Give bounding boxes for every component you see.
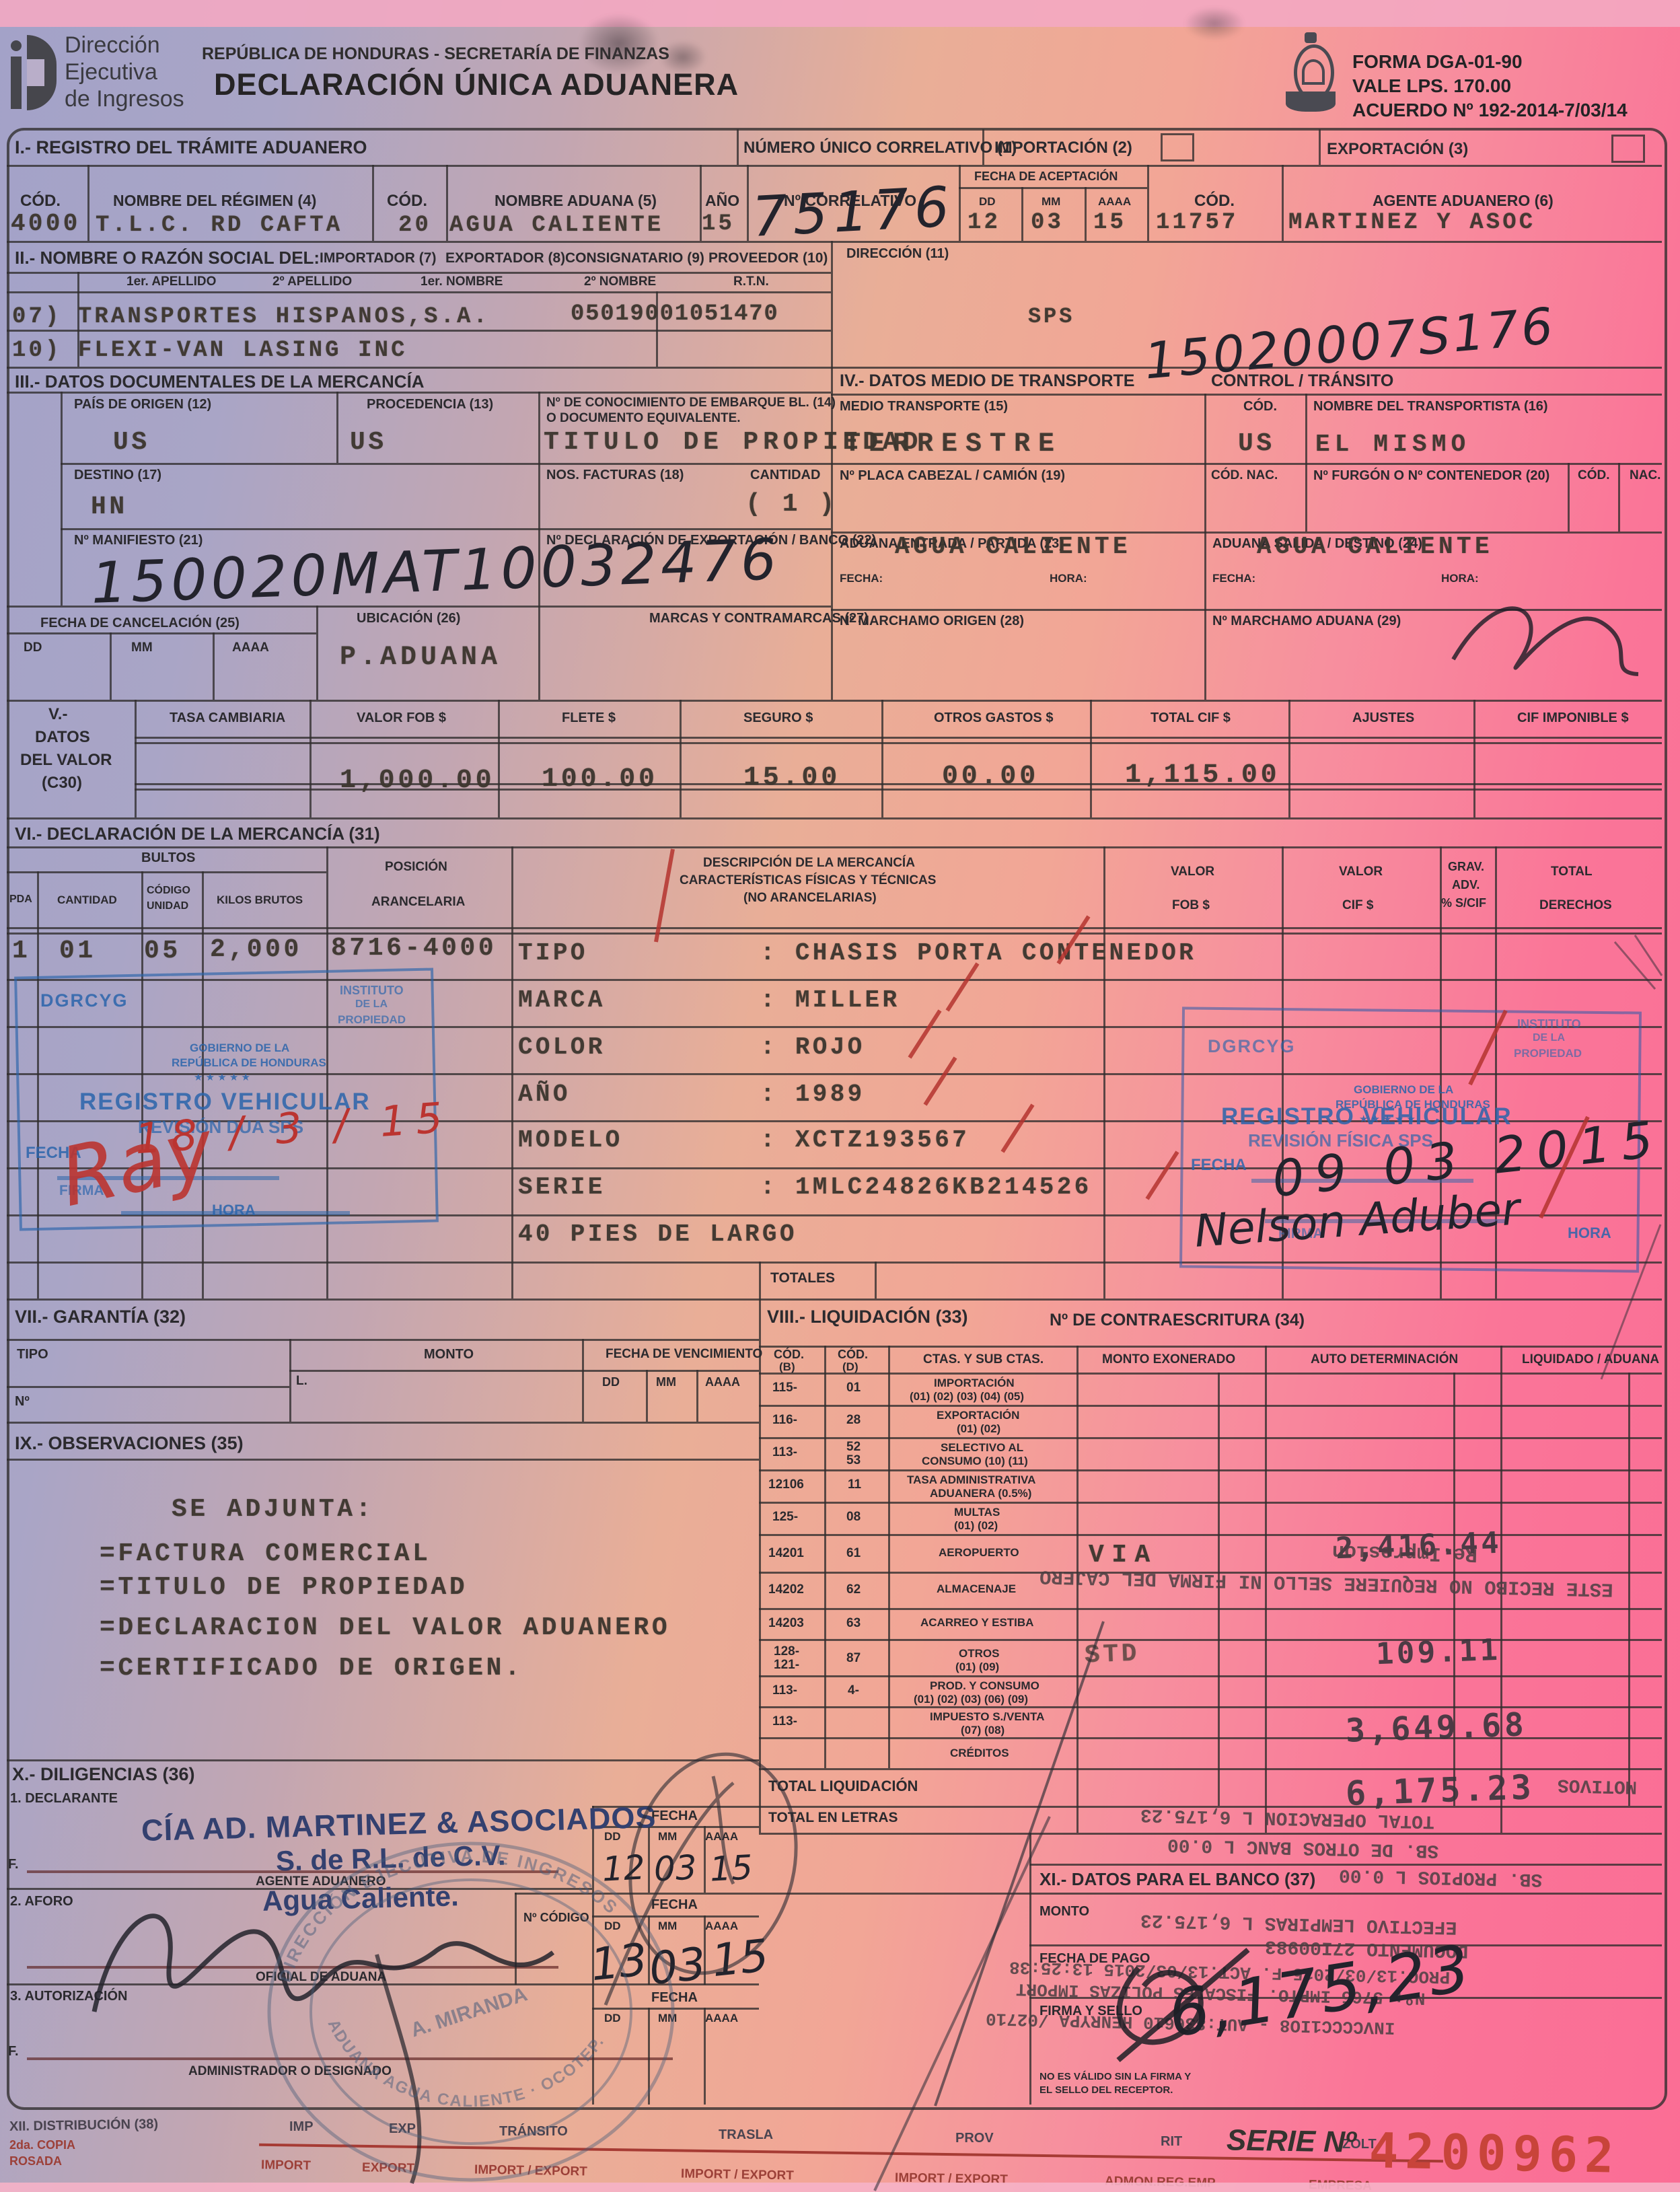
pais-origen-label: PAÍS DE ORIGEN (12) <box>74 397 211 412</box>
aaaa-label: AAAA <box>705 2012 738 2025</box>
rule <box>1076 1346 1079 1833</box>
rule <box>27 2057 673 2060</box>
destino-label: DESTINO (17) <box>74 468 161 483</box>
dd-label: DD <box>602 1375 620 1389</box>
rule <box>7 1759 759 1761</box>
rule <box>582 1339 584 1422</box>
liq-row-d: 11 <box>848 1477 861 1492</box>
declarante-label: 1. DECLARANTE <box>10 1791 118 1806</box>
rule <box>737 129 739 165</box>
liq-row-l1: ACARREO Y ESTIBA <box>920 1616 1033 1630</box>
dd-label: DD <box>604 2012 621 2025</box>
proveedor-line: 10) FLEXI-VAN LASING INC <box>12 338 408 363</box>
monto-label: MONTO <box>424 1347 474 1362</box>
correlativo-handwritten: 75176 <box>751 175 956 250</box>
cod-label-2: CÓD. <box>1578 468 1610 483</box>
observaciones-line-4: =CERTIFICADO DE ORIGEN. <box>100 1654 523 1683</box>
stampR-agency: DGRCYG <box>1208 1036 1296 1057</box>
rule <box>759 1373 1662 1375</box>
stampL-stars: ★ ★ ★ ★ ★ <box>194 1071 250 1083</box>
col-cif-imponible: CIF IMPONIBLE $ <box>1517 710 1629 726</box>
coat-of-arms-icon <box>1282 32 1340 121</box>
rule <box>372 165 374 241</box>
liq-row-l2: (01) (09) <box>955 1660 999 1674</box>
rule <box>7 1299 1662 1301</box>
administrador-label: ADMINISTRADOR O DESIGNADO <box>188 2064 392 2079</box>
section4-title: IV.- DATOS MEDIO DE TRANSPORTE <box>840 371 1134 391</box>
smudge <box>579 13 659 74</box>
bl-label-1: Nº DE CONOCIMIENTO DE EMBARQUE BL. (14) <box>546 396 836 410</box>
rule <box>7 165 1662 167</box>
dist-import-export-1: IMPORT / EXPORT <box>474 2163 587 2180</box>
desc-key-1: MARCA <box>518 986 606 1014</box>
fecha-label: FECHA: <box>840 572 883 585</box>
liq-row-l2: CONSUMO (10) (11) <box>922 1455 1028 1468</box>
monto-banco-label: MONTO <box>1039 1904 1089 1920</box>
liq-row-l1: ALMACENAJE <box>937 1582 1016 1596</box>
rule <box>831 463 1662 465</box>
liq-row-l2: (01) (02) (03) (06) (09) <box>914 1693 1028 1706</box>
section5-title-2: DATOS <box>35 728 90 747</box>
liq-row-d: 28 <box>846 1413 861 1428</box>
destino-value: HN <box>91 492 128 521</box>
aduana-cod-value: 20 <box>398 213 431 238</box>
smudge <box>659 40 706 74</box>
rule <box>759 1675 1662 1677</box>
rtn-value: 05019001051470 <box>571 301 778 327</box>
rule <box>1147 165 1149 241</box>
desc-val-1: : MILLER <box>760 986 900 1014</box>
rule <box>498 700 500 817</box>
rule <box>592 1915 759 1917</box>
marchamo-aduana-label: Nº MARCHAMO ADUANA (29) <box>1212 614 1401 629</box>
fecha-label: FECHA: <box>1212 572 1255 585</box>
stampL-gob1: GOBIERNO DE LA <box>190 1042 289 1055</box>
stampR-inst1: INSTITUTO <box>1517 1017 1581 1031</box>
liq-row-b2: 121- <box>774 1658 799 1673</box>
rule <box>7 1386 289 1388</box>
dist-empresa: EMPRESA <box>1309 2178 1372 2192</box>
col-valor-fob: VALOR FOB $ <box>357 710 446 726</box>
col-flete: FLETE $ <box>562 710 616 726</box>
rule <box>1288 700 1290 817</box>
rule <box>1090 700 1092 817</box>
marcas-label: MARCAS Y CONTRAMARCAS (27) <box>649 611 869 626</box>
rule <box>759 1405 1662 1407</box>
liq-row-d: 4- <box>848 1683 859 1698</box>
form-acuerdo: ACUERDO Nº 192-2014-7/03/14 <box>1352 100 1628 121</box>
fecha-declarante-label: FECHA <box>651 1809 698 1824</box>
aduana-value: AGUA CALIENTE <box>449 213 663 238</box>
col-otros-gastos: OTROS GASTOS $ <box>934 710 1053 726</box>
fecha-mm-value: 03 <box>1031 210 1064 235</box>
section7-title: VII.- GARANTÍA (32) <box>15 1307 186 1327</box>
kilos-header: KILOS BRUTOS <box>217 893 303 907</box>
col-total-cif: TOTAL CIF $ <box>1151 710 1231 726</box>
rule <box>135 742 1662 744</box>
liq-row-l1: EXPORTACIÓN <box>937 1409 1019 1422</box>
aaaa-label: AAAA <box>705 1375 740 1389</box>
valor-fob-header-2: FOB $ <box>1172 898 1210 913</box>
rule <box>824 1346 826 1768</box>
medio-transporte-value: TERRESTRE <box>844 429 1062 460</box>
bultos-header: BULTOS <box>141 850 195 866</box>
agente-value: MARTINEZ Y ASOC <box>1288 210 1535 235</box>
apellido1-label: 1er. APELLIDO <box>126 275 216 289</box>
liq-row-l1: OTROS <box>959 1647 999 1660</box>
stampL-inst3: PROPIEDAD <box>338 1013 406 1027</box>
section1-title: I.- REGISTRO DEL TRÁMITE ADUANERO <box>15 137 367 158</box>
form-title-line2: DECLARACIÓN ÚNICA ADUANERA <box>214 67 739 102</box>
rule <box>61 463 831 465</box>
liq-row-d: 61 <box>846 1546 861 1561</box>
aduana-entrada-value: AGUA CALIENTE <box>895 533 1131 560</box>
regimen-cod-value: 4000 <box>11 210 81 238</box>
desc-val-0: : CHASIS PORTA CONTENEDOR <box>760 939 1196 967</box>
lempiras-label: L. <box>296 1374 307 1389</box>
dist-trasla: TRASLA <box>719 2127 773 2143</box>
descripcion-header-2: CARACTERÍSTICAS FÍSICAS Y TÉCNICAS <box>680 873 936 888</box>
dd-label: DD <box>24 641 42 655</box>
no-valido-note-2: EL SELLO DEL RECEPTOR. <box>1039 2084 1173 2096</box>
regimen-label: NOMBRE DEL RÉGIMEN (4) <box>113 192 316 210</box>
liq-row-b: 113- <box>772 1683 797 1698</box>
rule <box>759 1437 1662 1439</box>
rule <box>27 1966 558 1969</box>
section5-title-3: DEL VALOR <box>20 751 112 770</box>
section5-title-1: V.- <box>48 705 67 724</box>
rule <box>309 700 312 817</box>
col-ajustes: AJUSTES <box>1352 710 1414 726</box>
stampL-agency: DGRCYG <box>40 990 129 1011</box>
stampR-main: REGISTRO VEHICULAR <box>1221 1103 1512 1130</box>
codb-sub: (B) <box>779 1360 795 1374</box>
rule <box>648 1826 650 1893</box>
rule <box>7 846 1662 848</box>
liq-row-d: 87 <box>846 1651 861 1666</box>
dd-label: DD <box>604 1920 621 1933</box>
rule <box>1473 700 1475 817</box>
mm-label: MM <box>658 1920 677 1933</box>
descripcion-header-1: DESCRIPCIÓN DE LA MERCANCÍA <box>703 856 915 871</box>
liq-row-b: 12106 <box>768 1477 804 1492</box>
rule <box>7 291 831 293</box>
codb-header: CÓD. <box>774 1348 804 1362</box>
rule <box>759 1639 1662 1641</box>
rule <box>1568 463 1570 532</box>
rule <box>759 1502 1662 1504</box>
rule <box>747 165 749 241</box>
grav-header-3: % S/CIF <box>1441 896 1486 910</box>
no-garantia-label: Nº <box>15 1394 30 1410</box>
hora-label: HORA: <box>1050 572 1087 585</box>
aduana-salida-value: AGUA CALIENTE <box>1257 533 1493 560</box>
tipo-label: TIPO <box>17 1347 48 1362</box>
medio-transporte-label: MEDIO TRANSPORTE (15) <box>840 399 1008 414</box>
importador-line: 07) TRANSPORTES HISPANOS,S.A. <box>12 304 490 330</box>
dd-label: DD <box>979 195 996 209</box>
cantidad-header: CANTIDAD <box>57 893 117 907</box>
cod-label: CÓD. <box>1243 399 1277 414</box>
otros-gastos-value: 00.00 <box>942 762 1039 792</box>
importador-label: IMPORTADOR (7) <box>320 250 436 266</box>
org-name-line3: de Ingresos <box>65 86 184 112</box>
liq-row-b: 14201 <box>768 1546 804 1561</box>
desc-key-0: TIPO <box>518 939 588 967</box>
rule <box>592 2008 759 2010</box>
rule <box>289 1339 291 1422</box>
liq-row-l1: TASA ADMINISTRATIVA <box>907 1473 1035 1487</box>
section2-title: II.- NOMBRE O RAZÓN SOCIAL DEL: <box>15 248 320 268</box>
furgon-label: Nº FURGÓN O Nº CONTENEDOR (20) <box>1313 468 1549 484</box>
codigo-unidad-header-1: CÓDIGO <box>147 885 190 897</box>
section10-title: X.- DILIGENCIAS (36) <box>12 1764 195 1785</box>
fecha-dd-value: 12 <box>967 210 1000 235</box>
codd-sub: (D) <box>842 1360 859 1374</box>
row-codigo: 05 <box>144 937 181 965</box>
manifiesto-label: Nº MANIFIESTO (21) <box>74 533 203 548</box>
autodeterminacion-header: AUTO DETERMINACIÓN <box>1311 1352 1458 1367</box>
liq-row-d: 63 <box>846 1616 861 1631</box>
ano-label: AÑO <box>705 192 739 210</box>
fecha-declarante-aaaa: 15 <box>709 1848 754 1889</box>
aaaa-label: AAAA <box>232 641 269 655</box>
row-pda: 1 <box>12 937 30 965</box>
rule <box>336 392 338 463</box>
serie-number: 4200962 <box>1368 2122 1621 2184</box>
aaaa-label: AAAA <box>705 1920 738 1933</box>
valor-cif-header-1: VALOR <box>1339 865 1383 879</box>
dist-transito: TRÁNSITO <box>499 2124 568 2140</box>
transportista-label: NOMBRE DEL TRANSPORTISTA (16) <box>1313 399 1548 414</box>
liq-row-l2: (01) (02) (03) (04) (05) <box>910 1390 1024 1403</box>
importacion-label: IMPORTACIÓN (2) <box>994 139 1132 157</box>
liq-row-b: 14202 <box>768 1582 804 1597</box>
serie-label: SERIE Nº <box>1227 2123 1356 2159</box>
rule <box>7 1459 759 1461</box>
observaciones-line-2: =TITULO DE PROPIEDAD <box>100 1573 468 1602</box>
rule <box>759 1534 1662 1536</box>
fecha-aaaa-value: 15 <box>1093 210 1126 235</box>
scanned-customs-declaration: Dirección Ejecutiva de Ingresos REPÚBLIC… <box>0 0 1680 2192</box>
autorizacion-label: 3. AUTORIZACIÓN <box>10 1989 127 2004</box>
rule <box>289 1370 759 1372</box>
mm-label: MM <box>131 641 153 655</box>
cantidad-label: CANTIDAD <box>750 468 820 483</box>
rule <box>7 700 1662 702</box>
rule <box>875 1262 877 1299</box>
rule <box>1085 187 1087 241</box>
rule <box>213 632 215 700</box>
aaaa-label: AAAA <box>1098 195 1131 209</box>
contraescritura-label: Nº DE CONTRAESCRITURA (34) <box>1050 1311 1305 1330</box>
fecha-aforo-mm: 03 <box>647 1938 708 1995</box>
liq-row-l1: AEROPUERTO <box>939 1546 1019 1560</box>
agente-stamp-line2: S. de R.L. de C.V. <box>275 1839 506 1878</box>
mm-label: MM <box>658 2012 677 2025</box>
cod-nac-label: CÓD. NAC. <box>1211 468 1278 483</box>
liq-total-label: TOTAL LIQUIDACIÓN <box>768 1778 918 1795</box>
nombre1-label: 1er. NOMBRE <box>421 275 503 289</box>
fecha-declarante-dd: 12 <box>601 1848 647 1889</box>
liq-auto-impuesto: 3,649.68 <box>1345 1706 1527 1749</box>
rule <box>515 1893 1662 1895</box>
rule <box>87 165 89 241</box>
desc-key-4: MODELO <box>518 1126 623 1154</box>
rule <box>959 165 961 241</box>
rule <box>7 871 326 873</box>
hora-label: HORA: <box>1441 572 1479 585</box>
desc-key-2: COLOR <box>518 1033 606 1061</box>
aforo-label: 2. AFORO <box>10 1894 73 1909</box>
org-name-line2: Ejecutiva <box>65 59 157 85</box>
cod-agente-label: CÓD. <box>1194 192 1235 211</box>
marchamo-origen-label: Nº MARCHAMO ORIGEN (28) <box>840 614 1024 629</box>
apellido2-label: 2º APELLIDO <box>272 275 352 289</box>
exportacion-label: EXPORTACIÓN (3) <box>1327 140 1468 159</box>
total-derechos-header-1: TOTAL <box>1551 865 1593 879</box>
liquidado-header: LIQUIDADO / ADUANA <box>1522 1352 1659 1367</box>
liq-row-l2: (01) (02) <box>954 1519 998 1533</box>
regimen-value: T.L.C. RD CAFTA <box>96 213 342 238</box>
ctas-header: CTAS. Y SUB CTAS. <box>923 1352 1044 1367</box>
mm-label: MM <box>656 1375 676 1389</box>
ano-value: 15 <box>702 211 735 237</box>
rule <box>446 165 448 241</box>
direccion-label: DIRECCIÓN (11) <box>846 246 949 262</box>
observaciones-line-3: =DECLARACION DEL VALOR ADUANERO <box>100 1613 670 1642</box>
aduana-label: NOMBRE ADUANA (5) <box>495 192 657 210</box>
exonerado-header: MONTO EXONERADO <box>1102 1352 1235 1367</box>
rule <box>888 1346 890 1768</box>
nombre2-label: 2º NOMBRE <box>584 275 656 289</box>
stampR-hora: HORA <box>1568 1225 1611 1242</box>
codigo-unidad-header-2: UNIDAD <box>147 900 188 912</box>
desc-key-3: AÑO <box>518 1081 571 1108</box>
stampR-gob1: GOBIERNO DE LA <box>1354 1083 1453 1097</box>
rule <box>110 632 112 700</box>
liq-row-d: 08 <box>846 1510 861 1525</box>
posicion-header-1: POSICIÓN <box>385 860 447 875</box>
proveedor-label: PROVEEDOR (10) <box>708 250 828 266</box>
rule <box>759 1608 1662 1610</box>
liq-row-b: 14203 <box>768 1616 804 1631</box>
rule <box>7 1422 759 1424</box>
liq-row-l1: SELECTIVO AL <box>941 1441 1023 1455</box>
liq-row-d: 62 <box>846 1582 861 1597</box>
rule <box>881 700 883 817</box>
importacion-checkbox <box>1161 133 1194 161</box>
grav-header-2: ADV. <box>1452 878 1480 892</box>
cod-aduana-label: CÓD. <box>387 192 427 211</box>
rule <box>511 846 513 1299</box>
desc-val-2: : ROJO <box>760 1033 865 1061</box>
totales-label: TOTALES <box>770 1270 835 1286</box>
rule <box>646 1370 648 1422</box>
liq-row-l1: CRÉDITOS <box>950 1747 1009 1760</box>
cod-regimen-label: CÓD. <box>20 192 61 211</box>
transportista-cod-value: US <box>1238 429 1275 458</box>
rule <box>1319 129 1321 165</box>
dist-import: IMPORT <box>261 2158 311 2173</box>
row-posicion: 8716-4000 <box>331 934 497 963</box>
rule <box>759 1346 1662 1348</box>
mm-label: MM <box>658 1830 677 1843</box>
liq-row-l2: (01) (02) <box>957 1422 1000 1436</box>
form-number: FORMA DGA-01-90 <box>1352 51 1523 73</box>
f-label-autorizacion: F. <box>8 2044 19 2059</box>
ubicacion-value: P.ADUANA <box>340 643 501 673</box>
stampL-inst1: INSTITUTO <box>340 984 404 998</box>
smudge <box>1184 7 1245 40</box>
dist-export: EXPORT <box>362 2160 414 2176</box>
fecha-aforo-dd: 13 <box>588 1934 650 1991</box>
liq-total-value: 6,175.23 <box>1345 1767 1535 1813</box>
procedencia-value: US <box>350 428 387 457</box>
stampR-inst3: PROPIEDAD <box>1514 1047 1582 1060</box>
stampL-gob2: REPÚBLICA DE HONDURAS <box>172 1056 326 1070</box>
desc-key-5: SERIE <box>518 1173 606 1201</box>
valor-fob-header-1: VALOR <box>1171 865 1214 879</box>
ubicacion-label: UBICACIÓN (26) <box>357 611 460 626</box>
liq-row-d2: 53 <box>846 1453 861 1468</box>
rule <box>7 272 831 274</box>
col-tasa-cambiaria: TASA CAMBIARIA <box>170 710 285 726</box>
rule <box>648 2008 650 2105</box>
exportacion-checkbox <box>1611 135 1645 163</box>
row-kilos: 2,000 <box>210 935 302 964</box>
fecha-cancelacion-label: FECHA DE CANCELACIÓN (25) <box>40 616 240 631</box>
copia-label-2: ROSADA <box>9 2154 62 2168</box>
descripcion-header-3: (NO ARANCELARIAS) <box>743 891 877 906</box>
section5-title-4: (C30) <box>42 774 82 793</box>
rule <box>7 330 831 332</box>
rule <box>515 1893 517 1985</box>
transportista-value: EL MISMO <box>1315 431 1470 458</box>
agente-label: AGENTE ADUANERO (6) <box>1373 192 1554 210</box>
liq-letras-label: TOTAL EN LETRAS <box>768 1810 898 1826</box>
rule <box>7 927 1662 929</box>
rule <box>1618 463 1620 532</box>
liq-exo-via: VIA <box>1089 1541 1158 1570</box>
liq-row-l1: MULTAS <box>954 1506 1000 1519</box>
flete-value: 100.00 <box>542 764 658 795</box>
fecha-declarante-mm: 03 <box>653 1848 698 1889</box>
section3-title: III.- DATOS DOCUMENTALES DE LA MERCANCÍA <box>15 371 425 392</box>
copia-label-1: 2da. COPIA <box>9 2138 75 2152</box>
valor-fob-value: 1,000.00 <box>340 766 495 796</box>
section8-title: VIII.- LIQUIDACIÓN (33) <box>767 1307 968 1327</box>
liq-row-l2: ADUANERA (0.5%) <box>930 1487 1031 1500</box>
rule <box>7 817 1662 819</box>
fecha-aceptacion-label: FECHA DE ACEPTACIÓN <box>974 170 1118 184</box>
rule <box>680 700 682 817</box>
liq-row-b: 116- <box>772 1413 797 1428</box>
liq-row-b: 125- <box>772 1510 798 1525</box>
liq-row-l2: (07) (08) <box>961 1724 1005 1737</box>
cantidad-value: ( 1 ) <box>745 490 838 519</box>
bl-label-2: O DOCUMENTO EQUIVALENTE. <box>546 411 741 426</box>
desc-val-4: : XCTZ193567 <box>760 1126 970 1154</box>
aaaa-label: AAAA <box>705 1830 738 1843</box>
observaciones-line-0: SE ADJUNTA: <box>172 1495 374 1524</box>
rule <box>1103 846 1105 1299</box>
liq-row-b: 128- <box>774 1644 799 1659</box>
pais-origen-value: US <box>113 428 150 457</box>
rule <box>135 700 137 817</box>
liq-row-b: 115- <box>772 1381 797 1395</box>
desc-val-5: : 1MLC24826KB214526 <box>760 1173 1092 1201</box>
